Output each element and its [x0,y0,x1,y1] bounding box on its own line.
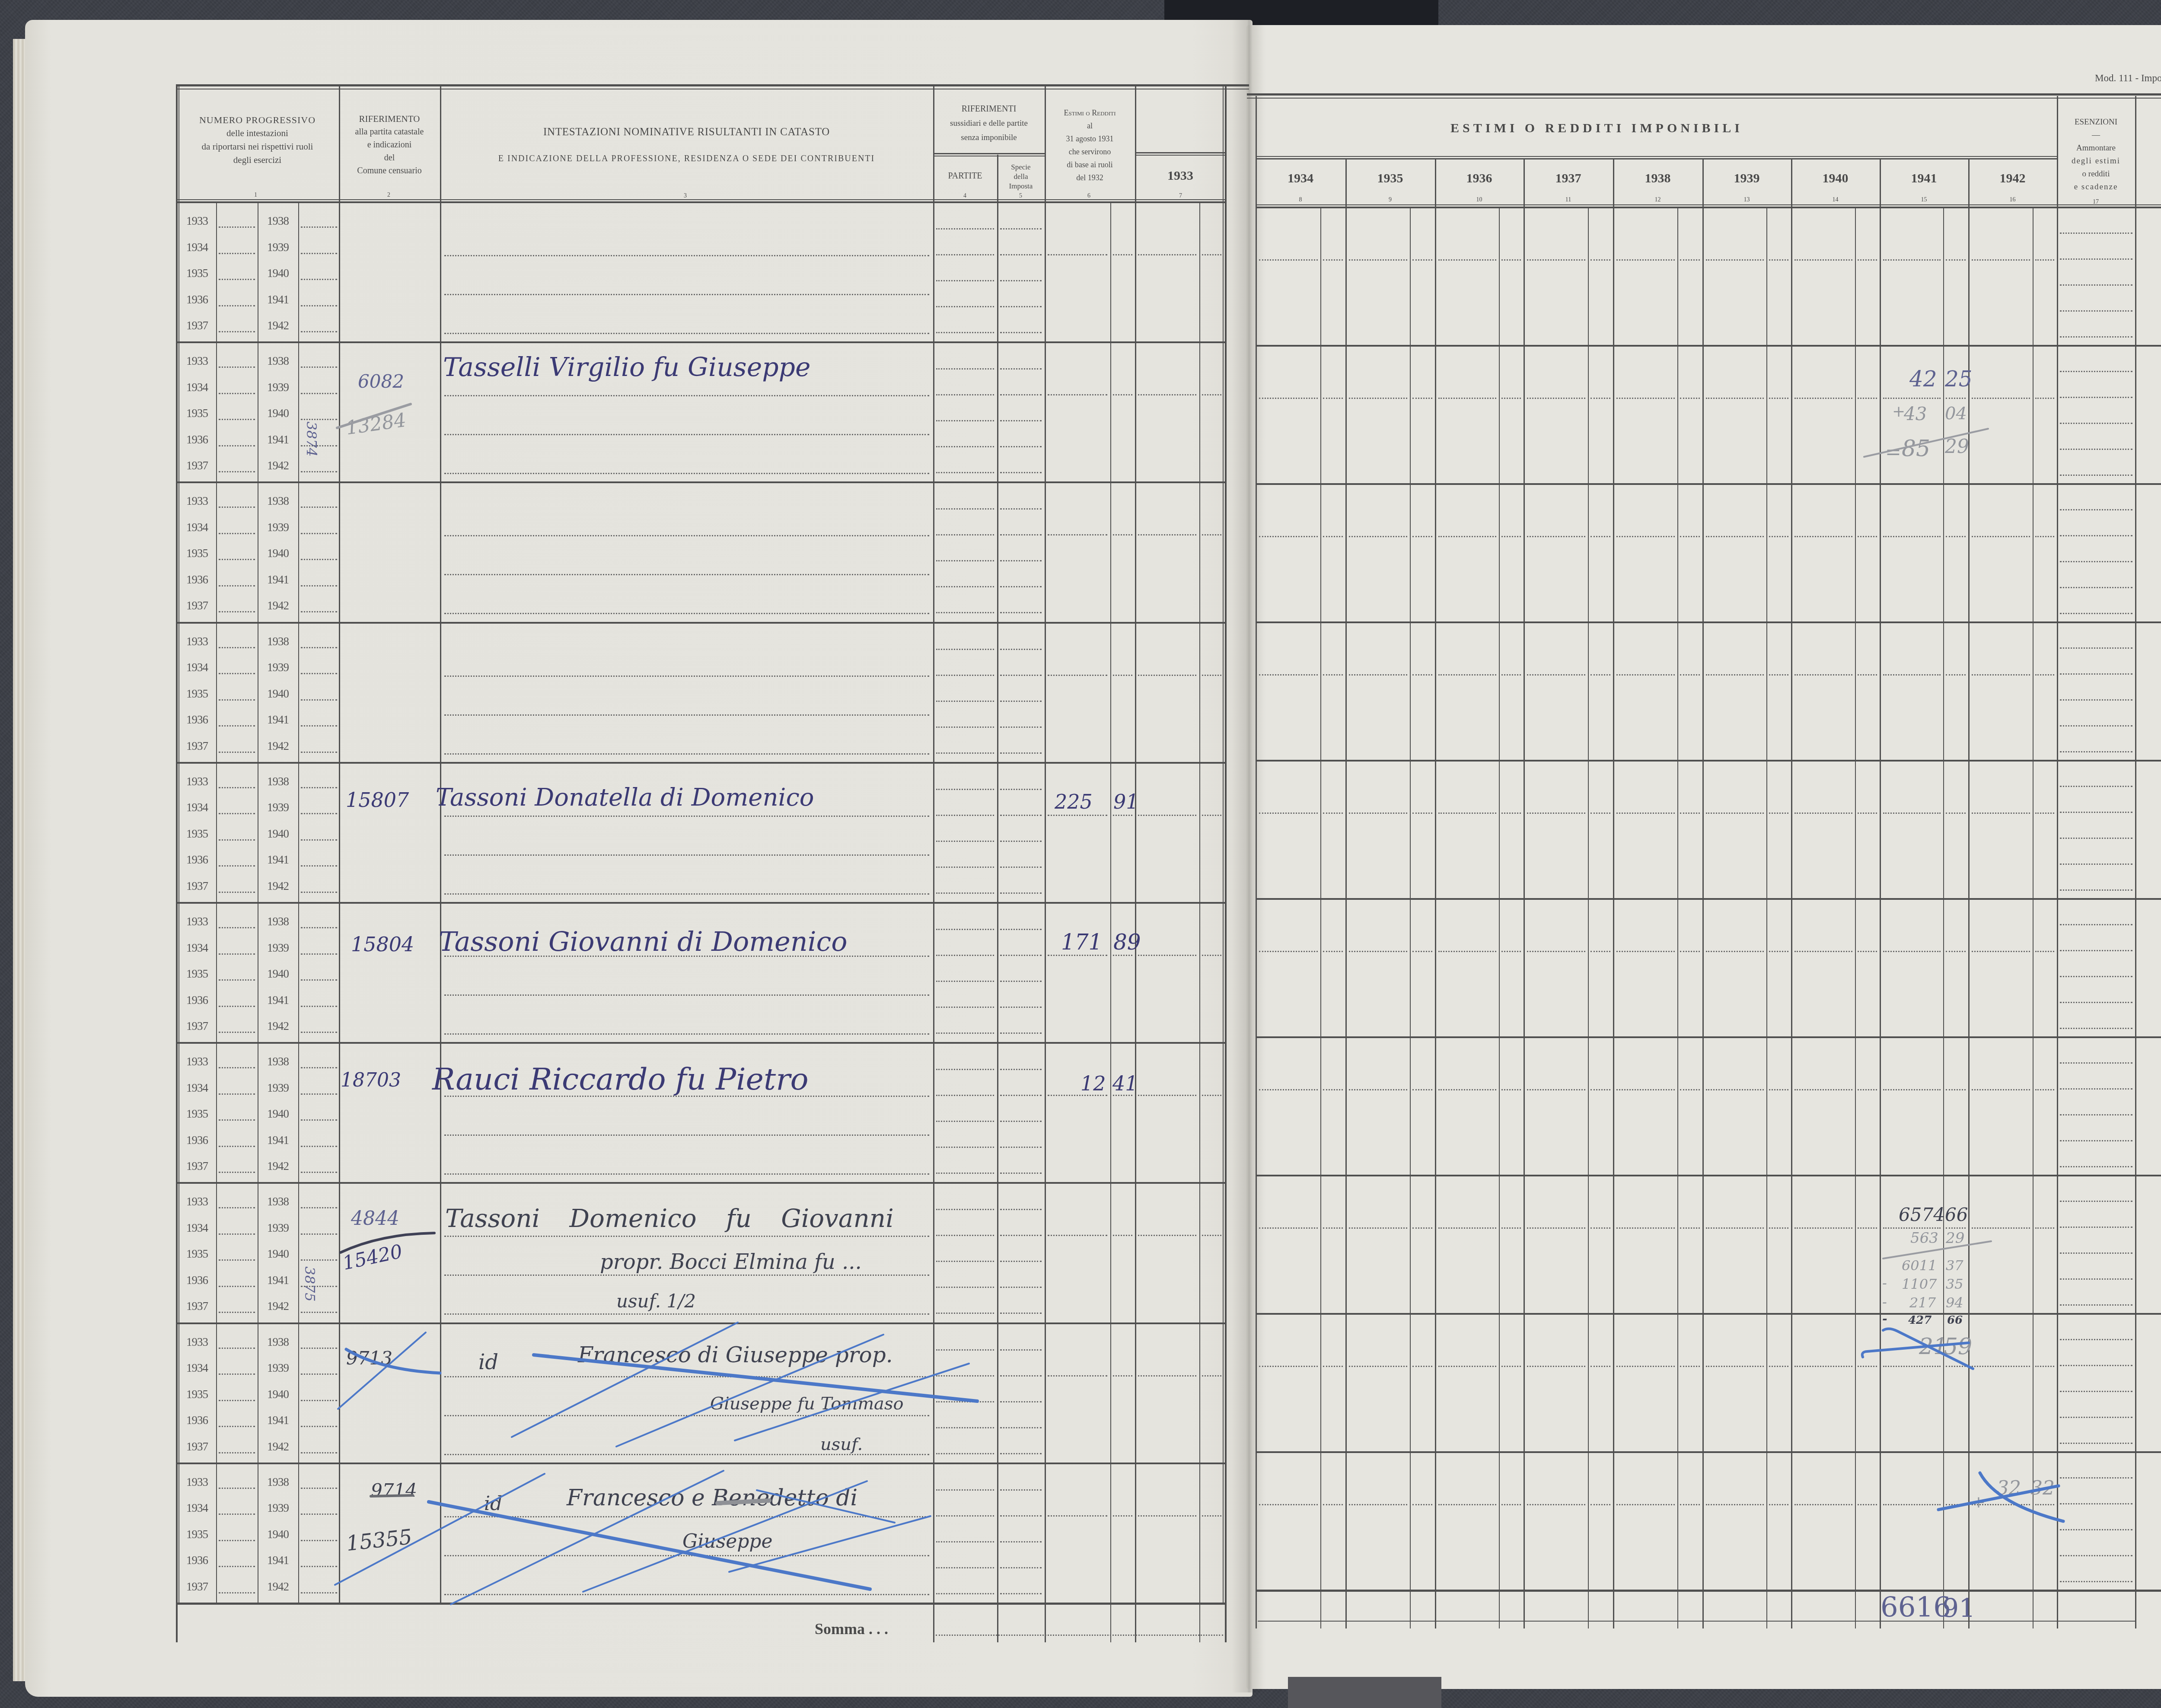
blue-strike [735,1364,969,1440]
blue-cross-mark [1938,1486,2059,1510]
blue-strike [451,1471,724,1604]
pencil-strike [371,1495,413,1496]
blue-strike [429,1502,870,1589]
blue-strike [729,1516,931,1572]
blue-strike [335,1474,545,1585]
blue-strike [757,1490,895,1523]
blue-strike [583,1481,867,1592]
pencil-sum-line [1864,429,1988,457]
blue-strike [616,1335,883,1447]
pencil-rule [337,404,411,428]
blue-cross-mark [1980,1473,2063,1521]
blue-strike [512,1322,738,1437]
correction-marks [0,0,2161,1708]
pencil-smudge [717,1501,769,1503]
blue-strike [534,1355,977,1401]
blue-cross-mark [1862,1343,1969,1357]
pencil-sum-line [1883,1241,1991,1259]
ink-rule [341,1233,434,1252]
